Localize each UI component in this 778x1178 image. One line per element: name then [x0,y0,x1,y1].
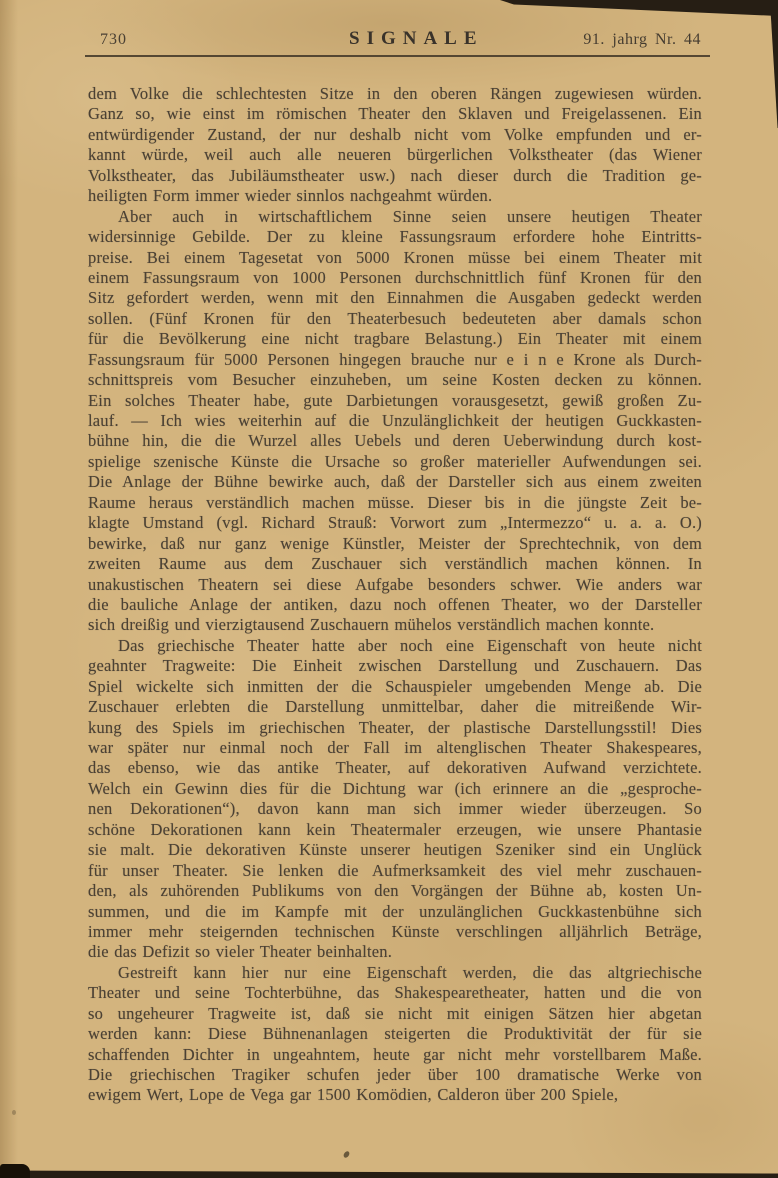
page-header: 730 SIGNALE 91. jahrg Nr. 44 [88,0,703,84]
page-number: 730 [100,31,127,49]
text-line: zweiten Raume aus dem Zuschauer sich ver… [88,554,702,574]
text-line: Raume heraus verständlich machen müsse. … [88,493,702,513]
text-line: geahnter Tragweite: Die Einheit zwischen… [88,656,702,676]
text-line: schaffenden Dichter in ungeahntem, heute… [88,1045,702,1065]
text-line: einem Fassungsraum von 1000 Personen dur… [88,268,702,288]
journal-title: SIGNALE [349,28,484,50]
paper-speck [12,1110,16,1115]
text-line: die das Defizit so vieler Theater beinha… [88,942,702,962]
text-line: kung des Spiels im griechischen Theater,… [88,718,702,738]
text-line: sich dreißig und vierzigtausend Zuschaue… [88,615,702,635]
text-line: die bauliche Anlage der antiken, dazu no… [88,595,702,615]
text-line: werden kann: Diese Bühnenanlagen steiger… [88,1024,702,1044]
text-line: den, als zuhörenden Publikums von den Vo… [88,881,702,901]
text-line: schnittspreis vom Besucher einzuheben, u… [88,370,702,390]
scan-edge-right [769,0,778,128]
text-line: so ungeheurer Tragweite ist, daß sie nic… [88,1004,702,1024]
text-line: bühne hin, die die Wurzel alles Uebels u… [88,431,702,451]
text-line: summen, und die im Kampfe mit der unzulä… [88,902,702,922]
text-line: das ebenso, wie das antike Theater, auf … [88,758,702,778]
article-body: dem Volke die schlechtesten Sitze in den… [88,84,702,1106]
issue-info: 91. jahrg Nr. 44 [583,31,701,49]
text-line: Sitz gefordert werden, wenn mit den Einn… [88,288,702,308]
text-line: Ganz so, wie einst im römischen Theater … [88,104,702,124]
text-line: Gestreift kann hier nur eine Eigenschaft… [88,963,702,983]
text-line: Aber auch in wirtschaftlichem Sinne seie… [88,207,702,227]
text-line: ewigem Wert, Lope de Vega gar 1500 Komöd… [88,1085,702,1105]
text-line: lauf. — Ich wies weiterhin auf die Unzul… [88,411,702,431]
text-line: immer mehr steigernden technischen Künst… [88,922,702,942]
header-rule [85,55,710,57]
paragraph: dem Volke die schlechtesten Sitze in den… [88,84,702,207]
text-line: Volkstheater, das Jubiläumstheater usw.)… [88,166,702,186]
text-line: spielige szenische Künste die Ursache so… [88,452,702,472]
text-line: für unser Theater. Sie lenken die Aufmer… [88,861,702,881]
text-line: klagte Umstand (vgl. Richard Strauß: Vor… [88,513,702,533]
text-line: Die griechischen Tragiker schufen jeder … [88,1065,702,1085]
text-line: Die Anlage der Bühne bewirke auch, daß d… [88,472,702,492]
scan-edge-bottom [0,1168,778,1178]
text-line: Spiel wickelte sich inmitten der die Sch… [88,677,702,697]
text-line: Ein solches Theater habe, gute Darbietun… [88,391,702,411]
text-line: Fassungsraum für 5000 Personen hingegen … [88,350,702,370]
text-line: Zuschauer erlebten die Darstellung unmit… [88,697,702,717]
text-line: heiligten Form immer wieder sinnlos nach… [88,186,702,206]
text-line: bewirke, daß nur ganz wenige Künstler, M… [88,534,702,554]
text-line: Theater und seine Tochterbühne, das Shak… [88,983,702,1003]
text-line: entwürdigender Zustand, der nur deshalb … [88,125,702,145]
text-line: widersinnige Gebilde. Der zu kleine Fass… [88,227,702,247]
text-line: kannt würde, weil auch alle neueren bürg… [88,145,702,165]
page-content: 730 SIGNALE 91. jahrg Nr. 44 dem Volke d… [88,0,703,1106]
text-line: sie malt. Die dekorativen Künste unserer… [88,840,702,860]
text-line: nen Dekorationen“), davon kann man sich … [88,799,702,819]
paragraph: Gestreift kann hier nur eine Eigenschaft… [88,963,702,1106]
text-line: schöne Dekorationen kann kein Theatermal… [88,820,702,840]
text-line: war später nur einmal noch der Fall im a… [88,738,702,758]
paper-speck [342,1150,350,1159]
text-line: unakustischen Theatern sei diese Aufgabe… [88,575,702,595]
text-line: preise. Bei einem Tagesetat von 5000 Kro… [88,248,702,268]
text-line: für die Bevölkerung eine nicht tragbare … [88,329,702,349]
paragraph: Aber auch in wirtschaftlichem Sinne seie… [88,207,702,636]
text-line: dem Volke die schlechtesten Sitze in den… [88,84,702,104]
text-line: Das griechische Theater hatte aber noch … [88,636,702,656]
scanned-page: 730 SIGNALE 91. jahrg Nr. 44 dem Volke d… [0,0,778,1178]
text-line: sollen. (Fünf Kronen für den Theaterbesu… [88,309,702,329]
scan-edge-bottom-left-corner [0,1164,30,1178]
text-line: Welch ein Gewinn dies für die Dichtung w… [88,779,702,799]
paragraph: Das griechische Theater hatte aber noch … [88,636,702,963]
